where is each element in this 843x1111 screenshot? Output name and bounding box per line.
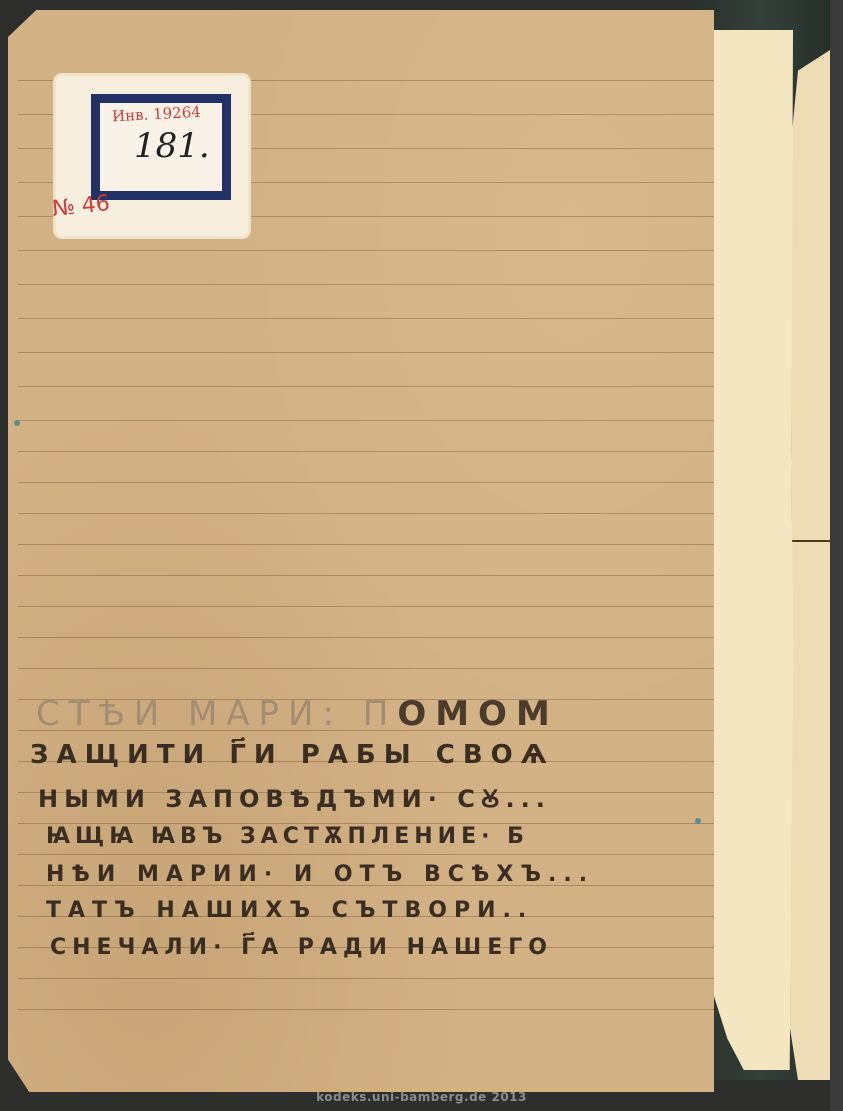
tear-mark — [792, 540, 830, 542]
ruled-line — [18, 513, 714, 514]
manuscript-line: СТѢИ МАРИ: ПОМОМ — [36, 694, 559, 734]
ruled-line — [18, 978, 714, 979]
ink-spot — [695, 818, 701, 824]
ruled-line — [18, 284, 714, 285]
right-gutter — [830, 0, 843, 1111]
ruled-line — [18, 637, 714, 638]
manuscript-line: НѢИ МАРИИ· И ОТЪ ВСѢХЪ... — [46, 862, 594, 887]
title-dark: ОМОМ — [397, 694, 558, 734]
ruled-line — [18, 606, 714, 607]
ruled-line — [18, 318, 714, 319]
ruled-line — [18, 352, 714, 353]
ruled-line — [18, 451, 714, 452]
ruled-line — [18, 482, 714, 483]
library-label: Инв. 19264 181. № 46 — [56, 76, 248, 236]
ruled-line — [18, 668, 714, 669]
cream-strip — [711, 30, 793, 1070]
ruled-line — [18, 420, 714, 421]
ink-spot — [14, 420, 20, 426]
ruled-line — [18, 854, 714, 855]
title-faded: СТѢИ МАРИ: П — [36, 694, 397, 734]
manuscript-line: ꙖЩꙖ ꙖВЪ ЗАСТѪПЛЕНИЕ· Б — [46, 824, 529, 849]
ruled-line — [18, 575, 714, 576]
ruled-line — [18, 386, 714, 387]
watermark: kodeks.uni-bamberg.de 2013 — [0, 1090, 843, 1104]
ruled-line — [18, 250, 714, 251]
ruled-line — [18, 1009, 714, 1010]
manuscript-line: ЗАЩИТИ Г҃И РАБЫ СВОѦ — [30, 740, 555, 770]
shelf-number: 181. — [134, 126, 214, 166]
number-mark: № 46 — [51, 191, 111, 222]
ruled-line — [18, 544, 714, 545]
manuscript-line: СНЕЧАЛИ· Г҃А РАДИ НАШЕГО — [50, 935, 553, 960]
torn-strip-outer — [790, 50, 830, 1080]
manuscript-line: НЫМИ ЗАПОВѢДЪМИ· СꙊ... — [38, 782, 551, 815]
manuscript-line: ТАТЪ НАШИХЪ СЪТВОРИ.. — [46, 898, 533, 923]
